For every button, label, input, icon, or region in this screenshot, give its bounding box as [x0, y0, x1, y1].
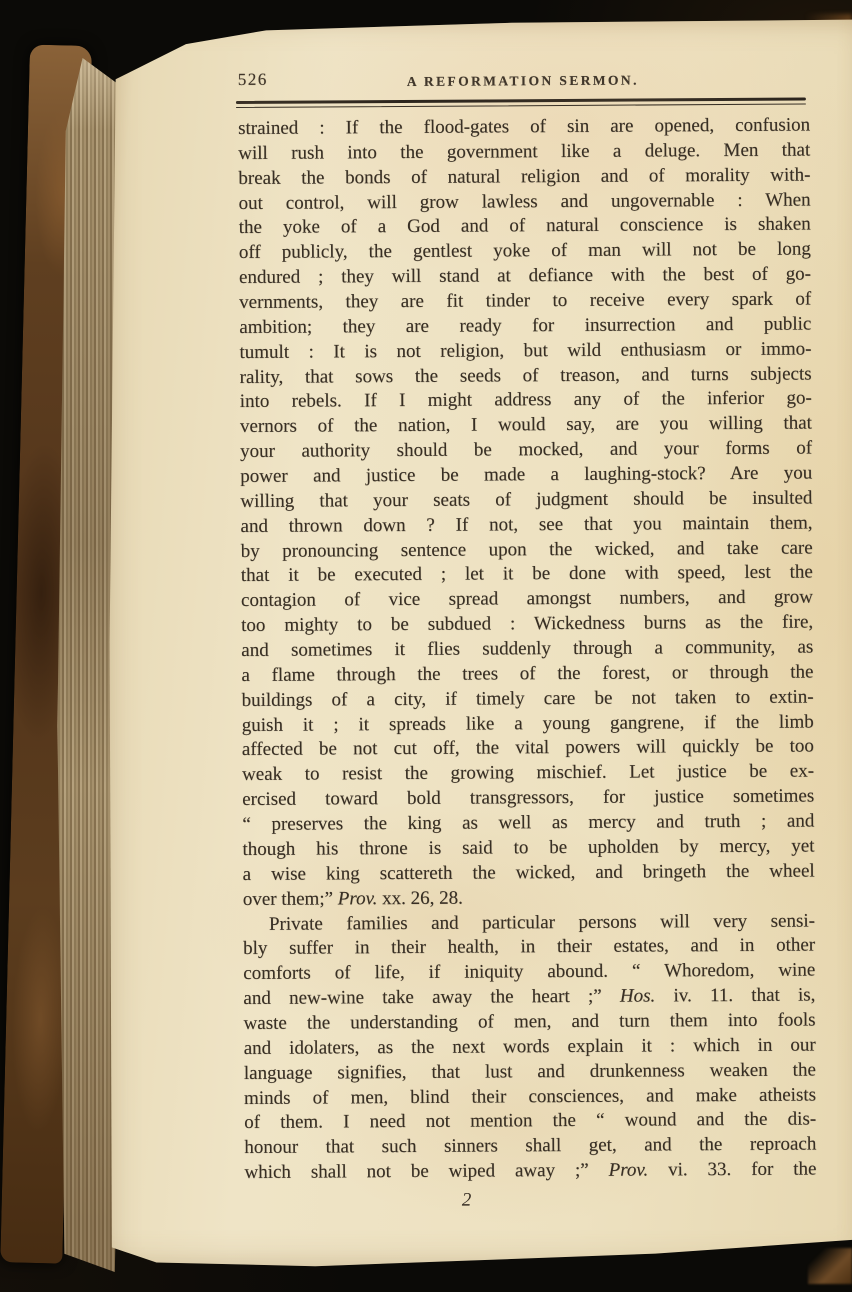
text-segment: though his throne is said to be upholden…	[242, 835, 814, 859]
text-line: and idolaters, as the next words explain…	[244, 1033, 816, 1061]
text-line: vernors of the nation, I would say, are …	[240, 412, 812, 440]
text-segment: buildings of a city, if timely care be n…	[242, 686, 814, 710]
text-segment: break the bonds of natural religion and …	[238, 164, 810, 188]
text-line: which shall not be wiped away ;” Prov. v…	[244, 1158, 816, 1186]
text-line: rality, that sows the seeds of treason, …	[240, 362, 812, 390]
text-segment: strained : If the flood-gates of sin are…	[238, 114, 810, 138]
rule-thick-line	[236, 98, 806, 104]
text-line: though his throne is said to be upholden…	[242, 834, 814, 862]
text-segment: of them. I need not mention the “ wound …	[244, 1109, 816, 1133]
text-line: your authority should be mocked, and you…	[240, 437, 812, 465]
text-line: strained : If the flood-gates of sin are…	[238, 113, 810, 141]
text-line: out control, will grow lawless and ungov…	[238, 188, 810, 216]
text-segment: honour that such sinners shall get, and …	[244, 1134, 816, 1158]
text-segment: minds of men, blind their consciences, a…	[244, 1084, 816, 1108]
text-segment: rality, that sows the seeds of treason, …	[240, 363, 812, 387]
text-segment: and idolaters, as the next words explain…	[244, 1034, 816, 1058]
text-line: will rush into the government like a del…	[238, 138, 810, 166]
text-segment: endured ; they will stand at defiance wi…	[239, 264, 811, 288]
text-line: too mighty to be subdued : Wickedness bu…	[241, 611, 813, 639]
text-line: honour that such sinners shall get, and …	[244, 1133, 816, 1161]
header-double-rule	[236, 98, 806, 108]
text-segment: vi. 33. for the	[648, 1159, 816, 1181]
text-segment: xx. 26, 28.	[377, 887, 463, 909]
running-header-title: A REFORMATION SERMON.	[238, 72, 808, 91]
text-line: break the bonds of natural religion and …	[238, 163, 810, 191]
text-line: tumult : It is not religion, but wild en…	[239, 337, 811, 365]
text-line: willing that your seats of judgment shou…	[240, 486, 812, 514]
text-segment: vernors of the nation, I would say, are …	[240, 413, 812, 437]
text-line: of them. I need not mention the “ wound …	[244, 1108, 816, 1136]
text-segment: tumult : It is not religion, but wild en…	[239, 338, 811, 362]
text-line: language signifies, that lust and drunke…	[244, 1058, 816, 1086]
text-segment: your authority should be mocked, and you…	[240, 438, 812, 462]
text-line: contagion of vice spread amongst numbers…	[241, 586, 813, 614]
text-segment: bly suffer in their health, in their est…	[243, 935, 815, 959]
text-line: affected be not cut off, the vital power…	[242, 735, 814, 763]
text-line: endured ; they will stand at defiance wi…	[239, 263, 811, 291]
text-line: into rebels. If I might address any of t…	[240, 387, 812, 415]
text-segment: ambition; they are ready for insurrectio…	[239, 313, 811, 337]
text-line: “ preserves the king as well as mercy an…	[242, 810, 814, 838]
text-segment: a flame through the trees of the forest,…	[241, 661, 813, 685]
text-segment: “ preserves the king as well as mercy an…	[242, 811, 814, 835]
signature-mark: 2	[245, 1187, 817, 1212]
text-line: off publicly, the gentlest yoke of man w…	[239, 238, 811, 266]
text-segment: which shall not be wiped away ;”	[244, 1160, 608, 1183]
text-line: over them;” Prov. xx. 26, 28.	[243, 884, 815, 912]
text-segment: by pronouncing sentence upon the wicked,…	[241, 537, 813, 561]
text-segment: iv. 11. that is,	[655, 985, 815, 1007]
text-line: ercised toward bold transgressors, for j…	[242, 785, 814, 813]
binding-corner	[808, 1248, 852, 1284]
text-segment: contagion of vice spread amongst numbers…	[241, 587, 813, 611]
text-segment: over them;”	[243, 888, 338, 910]
text-line: and new-wine take away the heart ;” Hos.…	[243, 984, 815, 1012]
text-line: weak to resist the growing mischief. Let…	[242, 760, 814, 788]
text-segment: into rebels. If I might address any of t…	[240, 388, 812, 412]
text-segment: and sometimes it flies suddenly through …	[241, 637, 813, 661]
text-line: guish it ; it spreads like a young gangr…	[242, 710, 814, 738]
text-line: that it be executed ; let it be done wit…	[241, 561, 813, 589]
rule-thin-line	[236, 103, 806, 108]
text-segment: that it be executed ; let it be done wit…	[241, 562, 813, 586]
text-line: buildings of a city, if timely care be n…	[242, 685, 814, 713]
text-segment: affected be not cut off, the vital power…	[242, 736, 814, 760]
text-line: a flame through the trees of the forest,…	[241, 660, 813, 688]
text-line: ambition; they are ready for insurrectio…	[239, 312, 811, 340]
text-line: the yoke of a God and of natural conscie…	[239, 213, 811, 241]
page-content: 526 A REFORMATION SERMON. strained : If …	[95, 10, 852, 1271]
text-segment: the yoke of a God and of natural conscie…	[239, 214, 811, 238]
text-line: by pronouncing sentence upon the wicked,…	[241, 536, 813, 564]
text-segment: ercised toward bold transgressors, for j…	[242, 786, 814, 810]
text-line: minds of men, blind their consciences, a…	[244, 1083, 816, 1111]
text-line: waste the understanding of men, and turn…	[243, 1008, 815, 1036]
text-segment: comforts of life, if iniquity abound. “ …	[243, 960, 815, 984]
scripture-citation: Hos.	[620, 986, 656, 1007]
text-segment: vernments, they are fit tinder to receiv…	[239, 289, 811, 313]
text-line: power and justice be made a laughing-sto…	[240, 462, 812, 490]
text-line: Private families and particular persons …	[243, 909, 815, 937]
text-segment: a wise king scattereth the wicked, and b…	[243, 860, 815, 884]
text-segment: guish it ; it spreads like a young gangr…	[242, 711, 814, 735]
text-line: and thrown down ? If not, see that you m…	[240, 511, 812, 539]
text-line: bly suffer in their health, in their est…	[243, 934, 815, 962]
text-segment: out control, will grow lawless and ungov…	[238, 189, 810, 213]
text-segment: waste the understanding of men, and turn…	[243, 1009, 815, 1033]
text-line: and sometimes it flies suddenly through …	[241, 636, 813, 664]
text-line: vernments, they are fit tinder to receiv…	[239, 288, 811, 316]
text-segment: weak to resist the growing mischief. Let…	[242, 761, 814, 785]
scripture-citation: Prov.	[609, 1160, 649, 1181]
text-segment: Private families and particular persons …	[269, 910, 815, 934]
text-segment: and thrown down ? If not, see that you m…	[240, 512, 812, 536]
text-segment: too mighty to be subdued : Wickedness bu…	[241, 612, 813, 636]
text-segment: will rush into the government like a del…	[238, 139, 810, 163]
text-line: comforts of life, if iniquity abound. “ …	[243, 959, 815, 987]
text-line: a wise king scattereth the wicked, and b…	[243, 859, 815, 887]
text-segment: and new-wine take away the heart ;”	[243, 986, 620, 1009]
page-lines: strained : If the flood-gates of sin are…	[238, 113, 817, 1185]
text-segment: power and justice be made a laughing-sto…	[240, 463, 812, 487]
text-segment: off publicly, the gentlest yoke of man w…	[239, 239, 811, 263]
text-segment: language signifies, that lust and drunke…	[244, 1059, 816, 1083]
scripture-citation: Prov.	[338, 888, 378, 909]
book-page: 526 A REFORMATION SERMON. strained : If …	[96, 14, 852, 1270]
text-segment: willing that your seats of judgment shou…	[240, 487, 812, 511]
